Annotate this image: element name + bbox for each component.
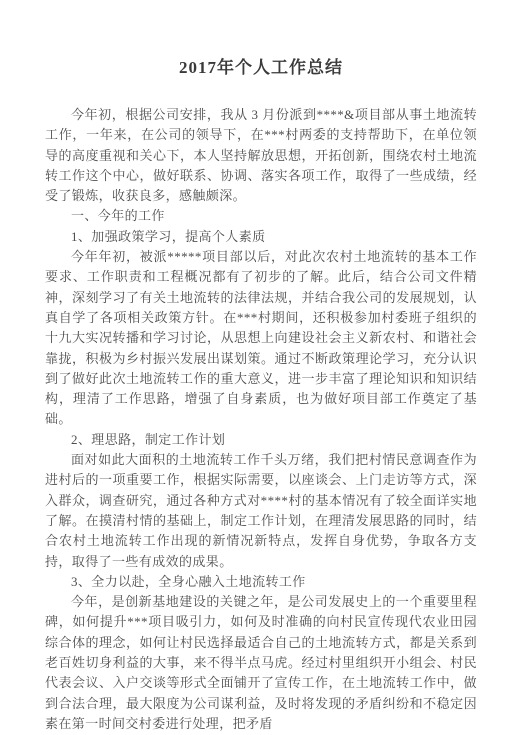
paragraph-work-plan: 面对如此大面积的土地流转工作千头万绪，我们把村情民意调查作为进村后的一项重要工作… — [45, 450, 477, 572]
subsection-heading-work-plan: 2、理思路，制定工作计划 — [45, 430, 477, 450]
document-title: 2017年个人工作总结 — [45, 0, 477, 105]
subsection-heading-land-transfer: 3、全力以赴，全身心融入土地流转工作 — [45, 572, 477, 592]
section-heading-this-years-work: 一、今年的工作 — [45, 206, 477, 226]
document-page: 2017年个人工作总结 今年初，根据公司安排，我从 3 月份派到****&项目部… — [0, 0, 520, 735]
subsection-heading-policy-study: 1、加强政策学习，提高个人素质 — [45, 227, 477, 247]
paragraph-land-transfer: 今年，是创新基地建设的关键之年，是公司发展史上的一个重要里程碑，如何提升***项… — [45, 592, 477, 734]
intro-paragraph: 今年初，根据公司安排，我从 3 月份派到****&项目部从事土地流转工作，一年来… — [45, 105, 477, 206]
paragraph-policy-study: 今年年初，被派*****项目部以后，对此次农村土地流转的基本工作要求、工作职责和… — [45, 247, 477, 430]
